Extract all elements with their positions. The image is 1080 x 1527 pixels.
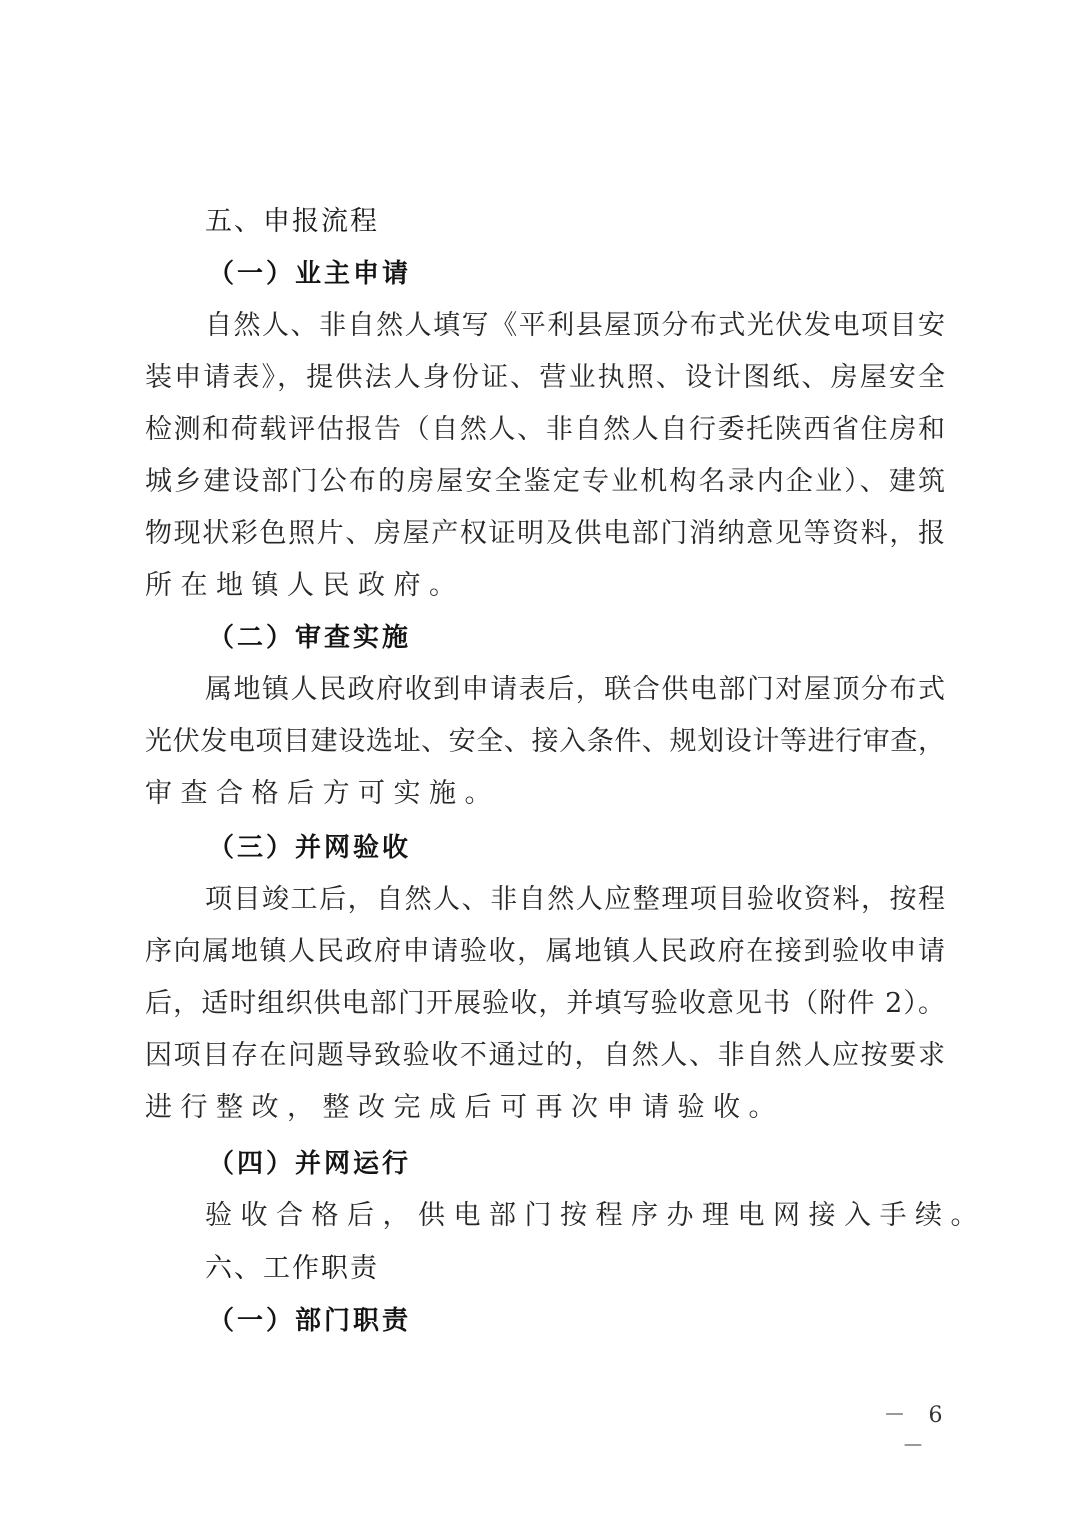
paragraph-line: 因项目存在问题导致验收不通过的，自然人、非自然人应按要求	[145, 1030, 945, 1082]
subsection-heading-review: （二）审查实施	[208, 612, 1008, 664]
subsection-heading-department-duties: （一）部门职责	[208, 1295, 1008, 1347]
subsection-heading-grid-operation: （四）并网运行	[208, 1138, 1008, 1190]
paragraph-line: 光伏发电项目建设选址、安全、接入条件、规划设计等进行审查，	[145, 716, 945, 768]
paragraph-line: 验收合格后，供电部门按程序办理电网接入手续。	[205, 1190, 945, 1242]
paragraph-line: 审查合格后方可实施。	[145, 768, 945, 820]
page-number: － 6 －	[872, 1398, 962, 1460]
paragraph-line: 进行整改，整改完成后可再次申请验收。	[145, 1082, 945, 1134]
paragraph-line: 装申请表》，提供法人身份证、营业执照、设计图纸、房屋安全	[145, 352, 945, 404]
paragraph-line: 序向属地镇人民政府申请验收，属地镇人民政府在接到验收申请	[145, 926, 945, 978]
paragraph-line: 自然人、非自然人填写《平利县屋顶分布式光伏发电项目安	[205, 300, 945, 352]
paragraph-line: 所在地镇人民政府。	[145, 560, 945, 612]
paragraph-line: 城乡建设部门公布的房屋安全鉴定专业机构名录内企业）、建筑	[145, 456, 945, 508]
subsection-heading-grid-acceptance: （三）并网验收	[208, 822, 1008, 874]
paragraph-line: 属地镇人民政府收到申请表后，联合供电部门对屋顶分布式	[205, 664, 945, 716]
subsection-heading-owner-application: （一）业主申请	[208, 248, 1008, 300]
paragraph-line: 检测和荷载评估报告（自然人、非自然人自行委托陕西省住房和	[145, 404, 945, 456]
document-page: 五、申报流程 （一）业主申请 自然人、非自然人填写《平利县屋顶分布式光伏发电项目…	[0, 0, 1080, 1527]
paragraph-line: 物现状彩色照片、房屋产权证明及供电部门消纳意见等资料，报	[145, 508, 945, 560]
paragraph-line: 项目竣工后，自然人、非自然人应整理项目验收资料，按程	[205, 874, 945, 926]
section-heading-application-process: 五、申报流程	[205, 196, 1005, 248]
paragraph-line: 后，适时组织供电部门开展验收，并填写验收意见书（附件 2）。	[145, 978, 945, 1030]
section-heading-responsibilities: 六、工作职责	[205, 1243, 1005, 1295]
